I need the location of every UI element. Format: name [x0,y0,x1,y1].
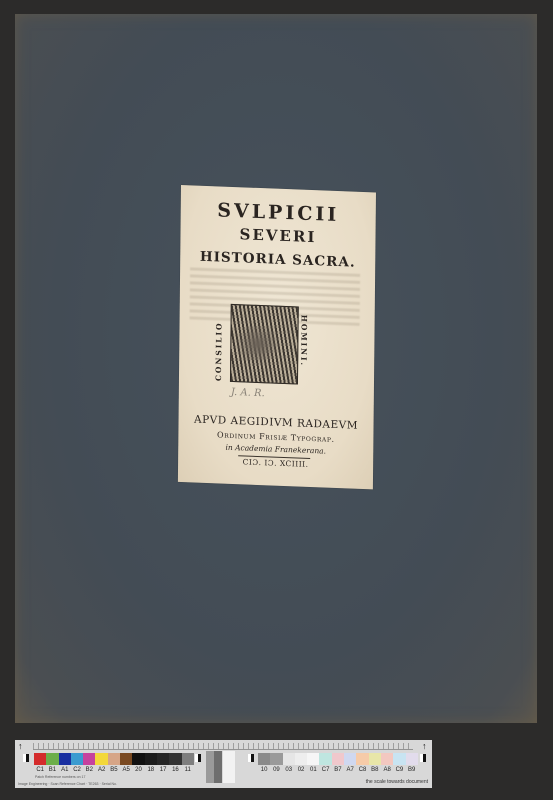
handwritten-note: J. A. R. [231,387,265,399]
color-swatch [283,753,295,765]
color-swatch [46,753,58,765]
color-swatch [295,753,307,765]
swatch-label: B8 [369,767,381,773]
color-swatch [344,753,356,765]
gray-key-icon [420,754,426,762]
swatch-label: 18 [145,767,157,773]
swatch-label: A1 [59,767,71,773]
woodcut-device-icon [230,304,299,385]
swatch-label: C9 [393,767,405,773]
color-swatch [369,753,381,765]
swatch-label: 02 [295,767,307,773]
swatch-label: 01 [307,767,319,773]
swatch-label: B1 [46,767,58,773]
color-swatch [381,753,393,765]
fine-print-2: Patch Reference numbers on 17 [35,775,85,779]
swatch-label: A7 [344,767,356,773]
swatch-label: 20 [132,767,144,773]
color-swatch [83,753,95,765]
gray-key-icon [23,754,29,762]
swatch-label: C1 [34,767,46,773]
color-swatch [332,753,344,765]
swatch-label: 03 [283,767,295,773]
target-caption: the scale towards document [366,779,428,785]
color-swatch [307,753,319,765]
white-card [223,751,235,783]
motto-right: HOMINI. [299,315,309,368]
motto-left: CONSILIO [214,321,224,381]
color-swatch [393,753,405,765]
color-swatch [258,753,270,765]
swatch-label: C2 [71,767,83,773]
color-swatch [59,753,71,765]
swatch-label: A2 [95,767,107,773]
color-swatch [71,753,83,765]
color-swatch [406,753,418,765]
ruler [33,743,413,750]
swatch-label: 09 [270,767,282,773]
color-swatch [270,753,282,765]
swatch-label: C7 [319,767,331,773]
color-swatch [108,753,120,765]
gray-key-icon [248,754,254,762]
swatches-left [34,753,194,765]
color-swatch [182,753,194,765]
swatch-label: 10 [258,767,270,773]
swatch-label: C8 [356,767,368,773]
swatch-labels-left: C1B1A1C2B2A2B5A52018171611 [34,767,194,773]
swatch-labels-right: 1009030201C7B7A7C8B8A8C9B9 [258,767,418,773]
swatch-label: 11 [182,767,194,773]
color-swatch [132,753,144,765]
color-swatch [319,753,331,765]
swatch-label: B7 [332,767,344,773]
swatch-label: B9 [406,767,418,773]
title-line-2: SEVERI [180,223,375,248]
color-swatch [157,753,169,765]
arrow-up-icon: ↑ [422,741,427,751]
arrow-up-icon: ↑ [18,741,23,751]
color-swatch [169,753,181,765]
color-swatch [356,753,368,765]
gray-key-icon [195,754,201,762]
gray-card [206,751,222,783]
swatch-label: B2 [83,767,95,773]
color-swatch [95,753,107,765]
fine-print-1: Image Engineering · Scan Reference Chart… [18,782,117,786]
color-swatch [34,753,46,765]
swatch-label: 16 [169,767,181,773]
color-swatch [145,753,157,765]
color-target: ↑ ↑ C1B1A1C2B2A2B5A52018171611 100903020… [15,740,432,788]
swatch-label: A5 [120,767,132,773]
swatches-right [258,753,418,765]
title-page: SVLPICII SEVERI HISTORIA SACRA. CONSILIO… [178,185,376,489]
title-line-1: SVLPICII [181,198,376,227]
color-swatch [120,753,132,765]
swatch-label: 17 [157,767,169,773]
swatch-label: A8 [381,767,393,773]
swatch-label: B5 [108,767,120,773]
